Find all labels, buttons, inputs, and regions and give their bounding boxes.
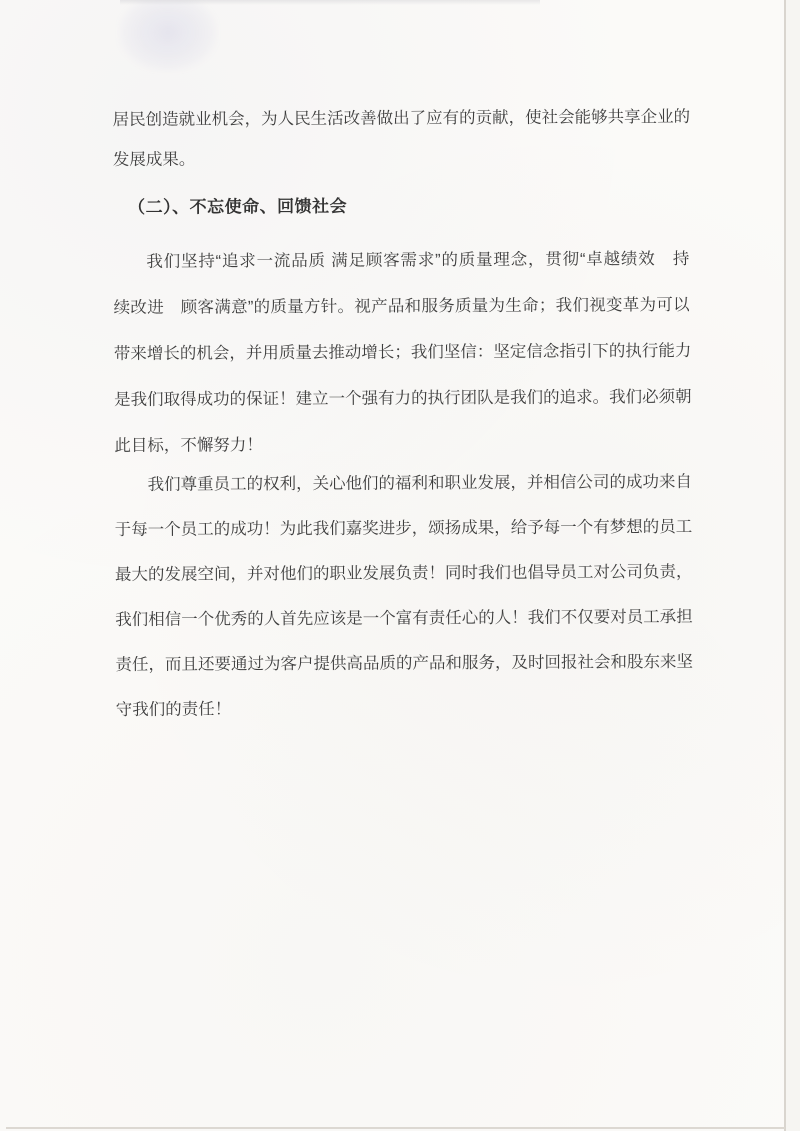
paragraph-line: 发展成果。: [113, 137, 689, 180]
paragraph-line: 续改进 顾客满意”的质量方针。视产品和服务质量为生命；我们视变革为可以: [113, 282, 689, 331]
intro-paragraph: 居民创造就业机会，为人民生活改善做出了应有的贡献，使社会能够共享企业的 发展成果…: [113, 97, 689, 180]
paragraph-line: 最大的发展空间，并对他们的职业发展负责！同时我们也倡导员工对公司负责，: [115, 550, 691, 598]
paragraph-line: 我们相信一个优秀的人首先应该是一个富有责任心的人！我们不仅要对员工承担: [115, 595, 691, 643]
paragraph-line: 我们坚持“追求一流品质 满足顾客需求”的质量理念，贯彻“卓越绩效 持: [113, 236, 689, 285]
paragraph-line: 居民创造就业机会，为人民生活改善做出了应有的贡献，使社会能够共享企业的: [113, 97, 689, 140]
scanned-page: 居民创造就业机会，为人民生活改善做出了应有的贡献，使社会能够共享企业的 发展成果…: [0, 0, 800, 1131]
paragraph-line: 是我们取得成功的保证！建立一个强有力的执行团队是我们的追求。我们必须朝: [114, 374, 690, 423]
scan-smudge: [118, 0, 218, 72]
paragraph-line: 于每一个员工的成功！为此我们嘉奖进步，颂扬成果，给予每一个有梦想的员工: [115, 505, 691, 553]
quality-paragraph: 我们坚持“追求一流品质 满足顾客需求”的质量理念，贯彻“卓越绩效 持 续改进 顾…: [113, 236, 690, 469]
page-edge-bottom: [6, 1127, 785, 1129]
paragraph-line: 我们尊重员工的权利，关心他们的福利和职业发展，并相信公司的成功来自: [114, 460, 690, 508]
paragraph-line: 守我们的责任！: [116, 685, 692, 733]
paragraph-line: 带来增长的机会，并用质量去推动增长；我们坚信：坚定信念指引下的执行能力: [114, 328, 690, 377]
paragraph-line: 责任，而且还要通过为客户提供高品质的产品和服务，及时回报社会和股东来坚: [115, 640, 691, 688]
page-edge-right: [784, 0, 786, 1131]
section-heading: （二）、不忘使命、回馈社会: [128, 192, 347, 218]
scan-margin-right: [786, 0, 800, 1131]
employee-paragraph: 我们尊重员工的权利，关心他们的福利和职业发展，并相信公司的成功来自 于每一个员工…: [114, 460, 691, 733]
